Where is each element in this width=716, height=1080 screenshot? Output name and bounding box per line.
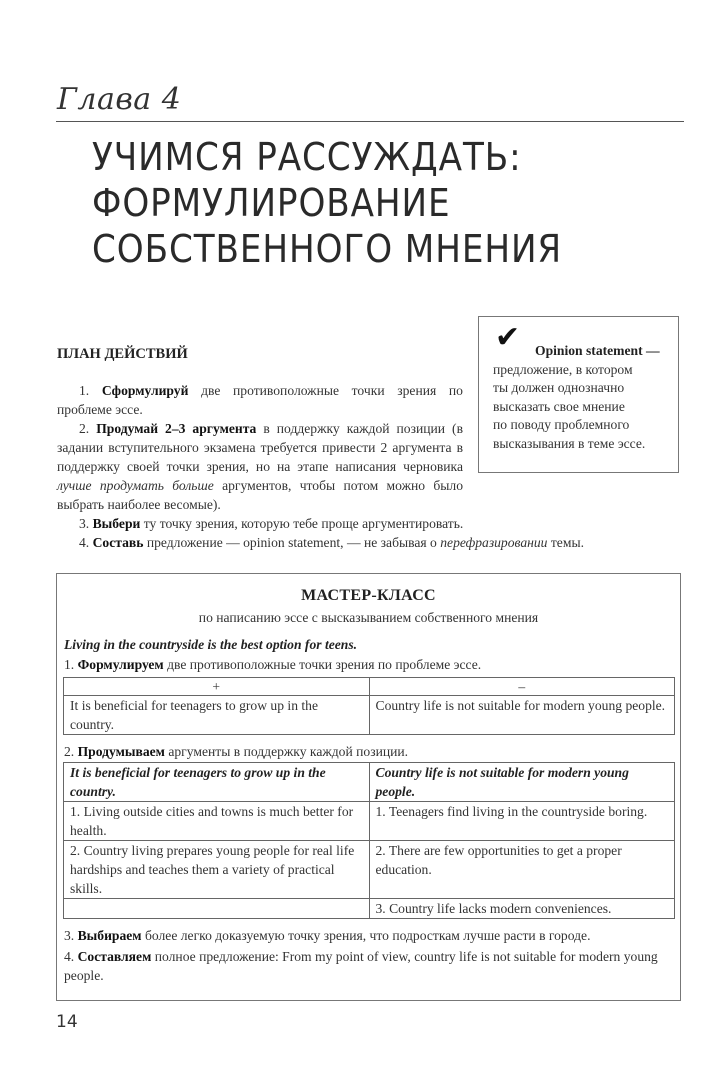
chapter-label: Глава 4 [57,82,181,118]
plan-item-keyword: Выбери [93,516,141,531]
master-class-subtitle: по написанию эссе с высказыванием собств… [57,610,680,626]
positions-table: + – It is beneficial for teenagers to gr… [63,677,675,735]
plan-title: ПЛАН ДЕЙСТВИЙ [57,346,188,363]
step-text: более легко доказуемую точку зрения, что… [142,928,591,943]
step-keyword: Продумываем [78,744,165,759]
plan-item: 1. Сформулируй две противоположные точки… [57,381,463,419]
step-keyword: Формулируем [78,657,164,672]
page-number: 14 [56,1012,78,1032]
table-row: It is beneficial for teenagers to grow u… [64,696,675,735]
table-cell: 1. Living outside cities and towns is mu… [64,802,370,841]
plan-item: 3. Выбери ту точку зрения, которую тебе … [57,514,697,533]
master-class-box: МАСТЕР-КЛАСС по написанию эссе с высказы… [56,573,681,1001]
master-class-title: МАСТЕР-КЛАСС [57,587,680,605]
step-number: 2. [64,744,74,759]
opinion-term: Opinion statement — [535,343,660,359]
table-cell: 2. There are few opportunities to get a … [369,841,675,899]
opinion-definition: предложение, в котором ты должен однозна… [493,361,678,453]
checkmark-icon: ✔ [495,321,520,355]
step-number: 4. [64,949,74,964]
step-text: аргументы в поддержку каждой позиции. [165,744,408,759]
plan-item-number: 2. [79,421,89,436]
plan-item-keyword: Сформулируй [102,383,189,398]
chapter-title-line: ФОРМУЛИРОВАНИЕ [92,180,562,226]
table-header-minus: – [369,678,675,696]
table-cell [64,899,370,919]
table-header-plus: + [64,678,370,696]
chapter-title-line: СОБСТВЕННОГО МНЕНИЯ [92,226,562,272]
table-row: 1. Living outside cities and towns is mu… [64,802,675,841]
table-row: 3. Country life lacks modern convenience… [64,899,675,919]
definition-line: высказывания в теме эссе. [493,435,678,453]
master-step: 4. Составляем полное предложение: From m… [64,947,674,985]
step-text: две противоположные точки зрения по проб… [164,657,481,672]
table-row: 2. Country living prepares young people … [64,841,675,899]
plan-item-keyword: Составь [93,535,144,550]
definition-line: предложение, в котором [493,361,678,379]
plan-item: 4. Составь предложение — opinion stateme… [57,533,697,552]
definition-line: ты должен однозначно [493,379,678,397]
step-number: 3. [64,928,74,943]
plan-list: 1. Сформулируй две противоположные точки… [57,381,463,514]
plan-item-text: темы. [547,535,584,550]
master-step: 2. Продумываем аргументы в поддержку каж… [64,744,408,760]
table-header-row: It is beneficial for teenagers to grow u… [64,763,675,802]
plan-item-number: 4. [79,535,89,550]
essay-topic: Living in the countryside is the best op… [64,637,357,653]
step-keyword: Выбираем [78,928,142,943]
chapter-title: УЧИМСЯ РАССУЖДАТЬ: ФОРМУЛИРОВАНИЕ СОБСТВ… [92,134,562,272]
master-step: 3. Выбираем более легко доказуемую точку… [64,928,590,944]
plan-item-number: 1. [79,383,89,398]
table-cell: 3. Country life lacks modern convenience… [369,899,675,919]
plan-item-emphasis: перефразировании [440,535,547,550]
step-keyword: Составляем [78,949,152,964]
plan-item-emphasis: лучше продумать больше [57,478,214,493]
table-header-cell: Country life is not suitable for modern … [369,763,675,802]
plan-item-number: 3. [79,516,89,531]
definition-line: по поводу проблемного [493,416,678,434]
table-header-row: + – [64,678,675,696]
step-text: полное предложение: From my point of vie… [64,949,658,983]
master-step: 1. Формулируем две противоположные точки… [64,657,481,673]
table-cell: 1. Teenagers find living in the countrys… [369,802,675,841]
plan-item: 2. Продумай 2–3 аргумента в поддержку ка… [57,419,463,514]
table-cell: Country life is not suitable for modern … [369,696,675,735]
table-header-cell: It is beneficial for teenagers to grow u… [64,763,370,802]
chapter-divider [56,121,684,122]
plan-item-text: предложение — opinion statement, — не за… [143,535,440,550]
table-cell: It is beneficial for teenagers to grow u… [64,696,370,735]
table-cell: 2. Country living prepares young people … [64,841,370,899]
arguments-table: It is beneficial for teenagers to grow u… [63,762,675,919]
opinion-statement-box: ✔ Opinion statement — предложение, в кот… [478,316,679,473]
plan-item-text: ту точку зрения, которую тебе проще аргу… [140,516,463,531]
chapter-title-line: УЧИМСЯ РАССУЖДАТЬ: [92,134,562,180]
definition-line: высказать свое мнение [493,398,678,416]
plan-item-keyword: Продумай 2–3 аргумента [96,421,256,436]
step-number: 1. [64,657,74,672]
plan-list-continued: 3. Выбери ту точку зрения, которую тебе … [57,514,697,552]
